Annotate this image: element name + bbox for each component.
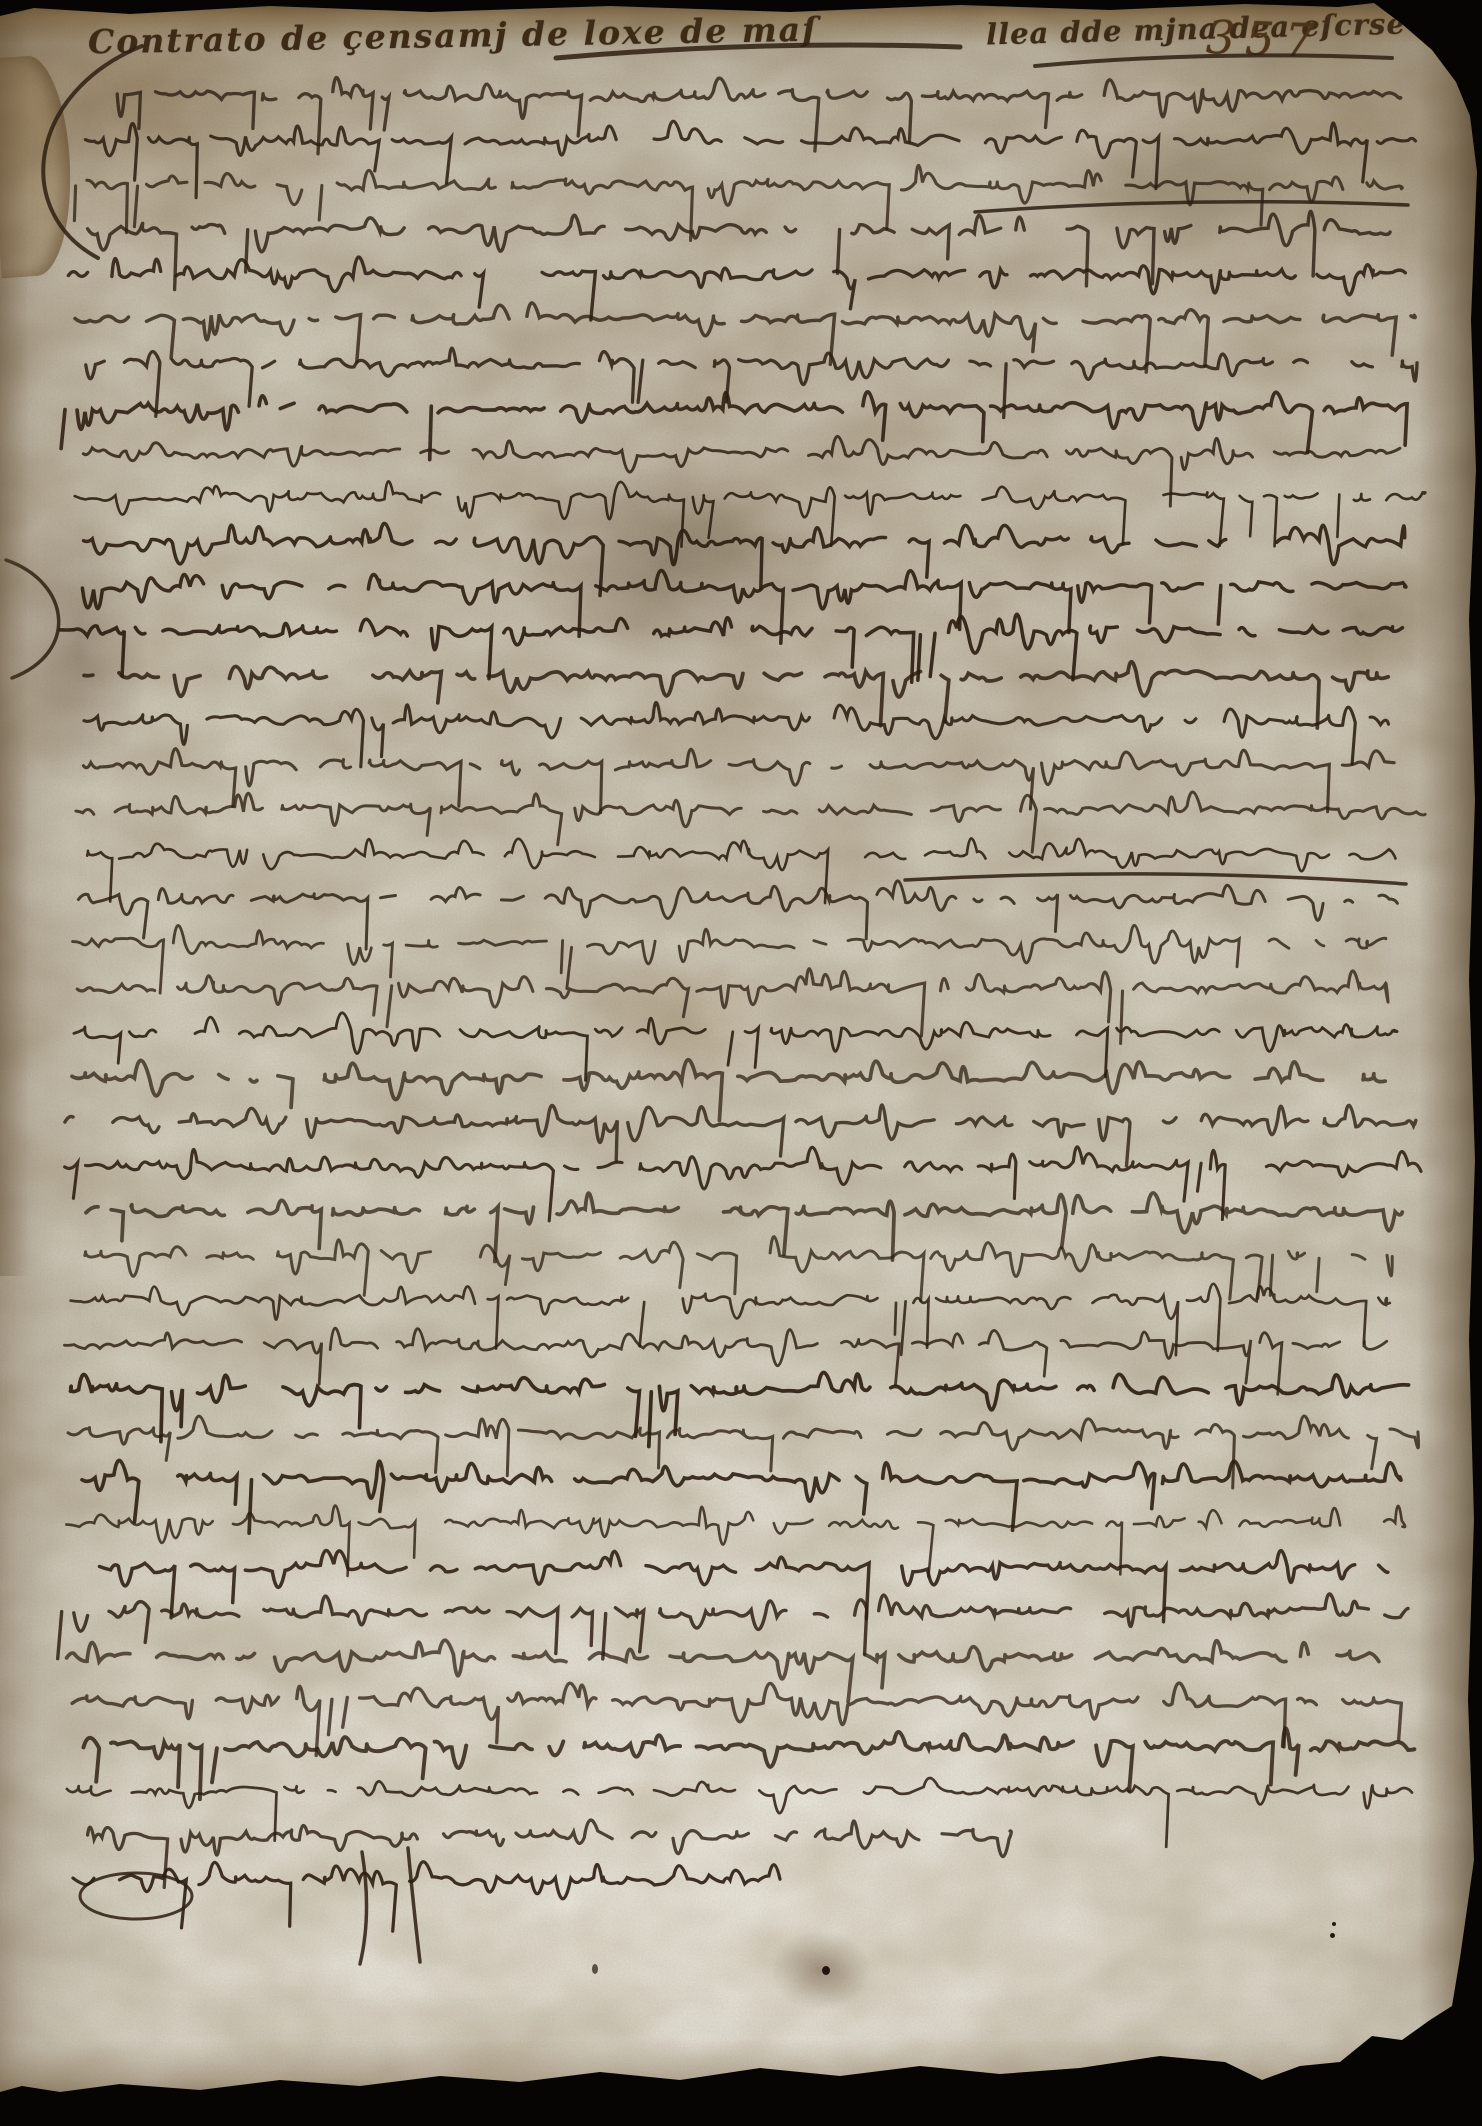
handwriting-ink-layer — [0, 0, 1482, 2126]
handwriting-line — [88, 1820, 1012, 1887]
handwriting-line — [84, 1728, 1415, 1799]
handwriting-line — [67, 1640, 1403, 1702]
handwriting-line — [72, 1060, 1385, 1121]
page-edge-right — [1418, 0, 1482, 2126]
handwriting-line — [65, 1147, 1421, 1221]
handwriting-line — [78, 881, 1397, 949]
handwriting-line — [75, 481, 1426, 546]
handwriting-line — [65, 1105, 1416, 1166]
pen-flourish — [1035, 55, 1392, 66]
handwriting-line — [73, 1862, 780, 1931]
handwriting-line — [84, 702, 1389, 766]
pen-flourish — [905, 874, 1406, 884]
pen-flourish — [975, 202, 1408, 212]
pen-flourish — [360, 1852, 367, 1964]
manuscript-scan: Contrato de çensamj de loxe de maſ llea … — [0, 0, 1482, 2126]
page-edge-bottom — [0, 2040, 1482, 2126]
handwriting-line — [66, 1506, 1405, 1577]
pen-flourish — [408, 1848, 420, 1962]
manuscript-page: Contrato de çensamj de loxe de maſ llea … — [0, 0, 1482, 2126]
handwriting-line — [84, 523, 1405, 595]
handwriting-line — [64, 1328, 1392, 1394]
handwriting-line — [86, 1193, 1402, 1262]
pen-flourish — [556, 45, 960, 58]
handwriting-line — [58, 1594, 1408, 1659]
handwriting-line — [73, 925, 1386, 993]
handwriting-line — [76, 792, 1425, 852]
page-edge-left — [0, 0, 30, 1276]
handwriting-line — [84, 662, 1388, 728]
handwriting-line — [68, 257, 1405, 320]
handwriting-line — [87, 838, 1395, 903]
handwriting-line — [85, 1237, 1392, 1301]
handwriting-line — [71, 1372, 1424, 1446]
pen-flourish — [80, 1873, 192, 1919]
